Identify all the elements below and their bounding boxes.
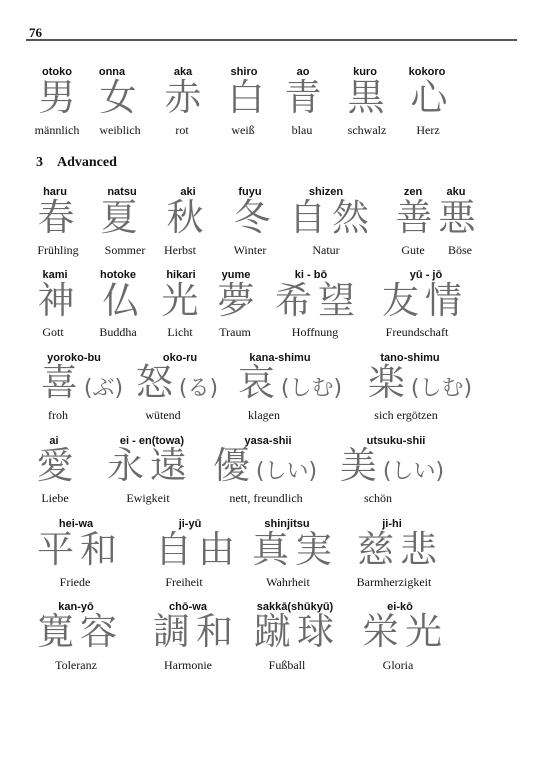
german-meaning: froh [48, 408, 68, 423]
german-meaning: sich ergötzen [374, 408, 437, 423]
german-meaning: Gloria [383, 658, 414, 673]
german-meaning: Wahrheit [266, 575, 310, 590]
okurigana: (しい) [256, 459, 317, 484]
kanji-characters: 秋 [167, 196, 210, 239]
kanji-word: 悪 [439, 198, 482, 238]
kanji-word: 春 [38, 198, 81, 238]
kanji-characters: 自然 [289, 196, 375, 239]
kanji-word: 心 [411, 78, 454, 118]
german-meaning: Freiheit [165, 575, 202, 590]
kanji-characters: 赤 [165, 76, 208, 119]
german-meaning: Winter [234, 243, 267, 258]
kanji-word: 怒(る) [136, 363, 218, 409]
kanji-characters: 慈悲 [357, 528, 443, 571]
kanji-characters: 永遠 [107, 444, 193, 487]
kanji-word: 栄光 [362, 612, 448, 652]
german-meaning: schwalz [348, 123, 387, 138]
kanji-word: 喜(ぶ) [41, 363, 123, 409]
kanji-characters: 愛 [37, 444, 80, 487]
kanji-word: 楽(しむ) [368, 363, 472, 409]
german-meaning: weiblich [99, 123, 140, 138]
german-meaning: Herbst [164, 243, 196, 258]
german-meaning: Gute [401, 243, 424, 258]
kanji-word: 優(しい) [213, 446, 317, 492]
kanji-word: 哀(しむ) [238, 363, 342, 409]
kanji-characters: 心 [411, 76, 454, 119]
kanji-characters: 栄光 [362, 610, 448, 653]
german-meaning: Buddha [99, 325, 136, 340]
kanji-characters: 光 [162, 279, 205, 322]
kanji-characters: 美 [340, 444, 383, 487]
kanji-characters: 白 [228, 76, 271, 119]
german-meaning: Böse [448, 243, 472, 258]
german-meaning: Barmherzigkeit [357, 575, 432, 590]
kanji-characters: 自由 [155, 528, 241, 571]
kanji-characters: 喜 [41, 361, 84, 404]
kanji-word: 慈悲 [357, 530, 443, 570]
kanji-word: 真実 [252, 530, 338, 570]
kanji-word: 永遠 [107, 446, 193, 486]
section-heading: 3Advanced [36, 155, 117, 171]
german-meaning: Freundschaft [386, 325, 449, 340]
german-meaning: Frühling [37, 243, 78, 258]
kanji-characters: 青 [285, 76, 328, 119]
header-rule [26, 39, 517, 41]
kanji-characters: 調和 [153, 610, 239, 653]
german-meaning: Traum [219, 325, 251, 340]
kanji-word: 平和 [37, 530, 123, 570]
kanji-characters: 怒 [136, 361, 179, 404]
kanji-word: 善 [396, 198, 439, 238]
german-meaning: rot [175, 123, 188, 138]
german-meaning: männlich [35, 123, 80, 138]
german-meaning: Hoffnung [292, 325, 338, 340]
german-meaning: Sommer [105, 243, 146, 258]
german-meaning: Herz [416, 123, 439, 138]
kanji-characters: 黒 [348, 76, 391, 119]
german-meaning: nett, freundlich [229, 491, 302, 506]
german-meaning: Ewigkeit [126, 491, 169, 506]
kanji-word: 愛 [37, 446, 80, 486]
kanji-characters: 寛容 [37, 610, 123, 653]
kanji-characters: 夢 [218, 279, 261, 322]
german-meaning: klagen [248, 408, 280, 423]
kanji-characters: 冬 [234, 196, 277, 239]
kanji-word: 夢 [218, 281, 261, 321]
kanji-characters: 真実 [252, 528, 338, 571]
german-meaning: schön [364, 491, 392, 506]
kanji-characters: 神 [38, 279, 81, 322]
section-number: 3 [36, 155, 43, 170]
kanji-word: 神 [38, 281, 81, 321]
kanji-word: 秋 [167, 198, 210, 238]
kanji-word: 自然 [289, 198, 375, 238]
kanji-word: 黒 [348, 78, 391, 118]
german-meaning: Friede [60, 575, 91, 590]
german-meaning: Harmonie [164, 658, 212, 673]
kanji-word: 冬 [234, 198, 277, 238]
kanji-word: 調和 [153, 612, 239, 652]
kanji-characters: 仏 [103, 279, 146, 322]
okurigana: (しむ) [281, 376, 342, 401]
kanji-word: 男 [39, 78, 82, 118]
kanji-characters: 平和 [37, 528, 123, 571]
kanji-word: 希望 [275, 281, 361, 321]
kanji-word: 白 [228, 78, 271, 118]
kanji-characters: 男 [39, 76, 82, 119]
section-title: Advanced [57, 155, 117, 170]
kanji-word: 美(しい) [340, 446, 444, 492]
kanji-characters: 友情 [382, 279, 468, 322]
kanji-word: 赤 [165, 78, 208, 118]
kanji-characters: 蹴球 [254, 610, 340, 653]
kanji-word: 仏 [103, 281, 146, 321]
german-meaning: Fußball [269, 658, 306, 673]
kanji-characters: 楽 [368, 361, 411, 404]
kanji-word: 寛容 [37, 612, 123, 652]
kanji-characters: 善 [396, 196, 439, 239]
kanji-characters: 悪 [439, 196, 482, 239]
okurigana: (しむ) [411, 376, 472, 401]
german-meaning: Natur [312, 243, 339, 258]
german-meaning: weiß [231, 123, 254, 138]
german-meaning: Toleranz [55, 658, 97, 673]
kanji-word: 蹴球 [254, 612, 340, 652]
kanji-word: 自由 [155, 530, 241, 570]
kanji-characters: 哀 [238, 361, 281, 404]
german-meaning: Licht [167, 325, 192, 340]
kanji-characters: 夏 [101, 196, 144, 239]
german-meaning: blau [292, 123, 313, 138]
kanji-characters: 春 [38, 196, 81, 239]
okurigana: (る) [179, 376, 218, 401]
kanji-word: 友情 [382, 281, 468, 321]
kanji-word: 青 [285, 78, 328, 118]
german-meaning: Gott [42, 325, 63, 340]
kanji-word: 光 [162, 281, 205, 321]
german-meaning: Liebe [41, 491, 68, 506]
kanji-word: 夏 [101, 198, 144, 238]
german-meaning: wütend [145, 408, 180, 423]
kanji-characters: 優 [213, 444, 256, 487]
kanji-characters: 女 [100, 76, 143, 119]
okurigana: (しい) [383, 459, 444, 484]
okurigana: (ぶ) [84, 376, 123, 401]
kanji-characters: 希望 [275, 279, 361, 322]
kanji-word: 女 [100, 78, 143, 118]
